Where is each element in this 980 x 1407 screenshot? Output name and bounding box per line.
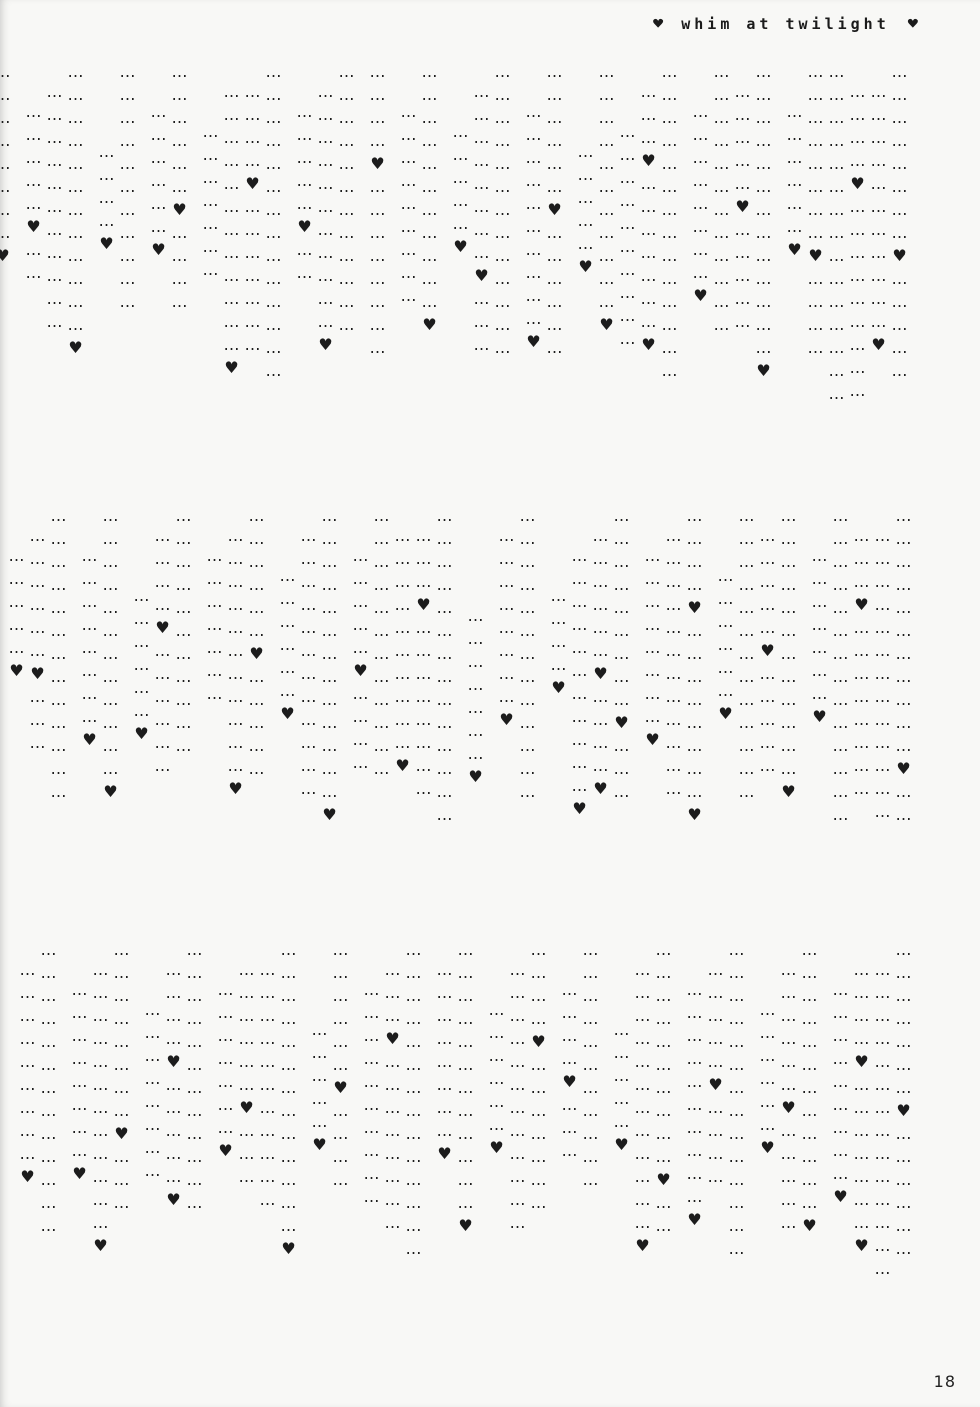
text-column: ………………………………… — [492, 62, 513, 361]
page-number: 18 — [934, 1372, 956, 1391]
text-column: ……………………………… — [298, 506, 319, 802]
text-column: …………………………………… — [726, 940, 747, 1262]
paragraph: ………………………………………♥ — [96, 62, 138, 315]
text-column: ………………♥ — [148, 62, 169, 263]
text-column: …………………………… — [117, 62, 138, 315]
text-column: …………………………………… — [830, 506, 851, 828]
text-column: …………♥…………………… — [367, 62, 388, 361]
paragraph: ……………………………♥………………………………………………♥………………………… — [809, 506, 914, 828]
text-column: ……………………………♥ — [569, 506, 590, 822]
text-column: ………………………♥……… — [611, 506, 632, 805]
heart-icon: ♥ — [908, 16, 918, 33]
text-column: …………………… — [142, 940, 163, 1184]
paragraph: ……………………………………………♥………………………………………………♥………… — [350, 506, 455, 828]
paragraph: …………………………………………♥……………♥…………………… — [142, 940, 205, 1216]
text-column: ……………………………… — [663, 506, 684, 802]
text-column: …………………♥ — [215, 940, 236, 1164]
text-column: ……………………♥……… — [471, 62, 492, 358]
text-column: …………………………♥…… — [653, 940, 674, 1239]
paragraph: ………………………………♥……………♥………………………………………………………… — [715, 506, 799, 805]
text-column: ……………………♥ — [79, 506, 100, 753]
text-column: ……………♥ — [6, 506, 27, 684]
text-column: ………………………♥ — [17, 940, 38, 1190]
text-column: …………♥ — [96, 62, 117, 257]
text-column: ……………………♥……… — [111, 940, 132, 1216]
paragraph: …………………………………………………♥……………………♥ — [6, 506, 69, 805]
text-column: …………………………………♥ — [278, 940, 299, 1262]
text-column: …………………………………… — [403, 940, 424, 1262]
text-column: ……………………♥ — [496, 506, 517, 733]
text-column: ……………………………… — [184, 940, 205, 1216]
paragraph: …………………………………♥……………♥……………………………………………………… — [690, 62, 774, 384]
text-column: …………♥……………………… — [847, 62, 868, 404]
text-column: …………………………… — [257, 940, 278, 1213]
text-column: ……………………………♥…… — [893, 506, 914, 828]
paragraph: …………♥…………………… — [367, 62, 388, 361]
text-column: ……………………♥ — [69, 940, 90, 1187]
text-column: ………………………………♥ — [632, 940, 653, 1259]
text-column: ………………♥ — [784, 62, 805, 263]
text-column: ………………♥ — [757, 940, 778, 1161]
text-column: ……………………………♥ — [419, 62, 440, 338]
text-column: ………………♥………… — [169, 62, 190, 315]
text-column: ……………♥ — [611, 940, 632, 1158]
paragraph: …………………………………………………♥……………………………………♥ — [684, 940, 747, 1262]
text-column: …………♥……… — [559, 940, 580, 1164]
page-header: ♥ whim at twilight ♥ — [653, 14, 918, 34]
text-column: ………………………… — [617, 62, 638, 352]
text-column: ……………………………… — [371, 506, 392, 782]
paragraph: …………………♥ — [465, 506, 486, 790]
paragraph: ………………………………………………………♥ — [496, 506, 538, 805]
text-column: ……………♥ — [309, 940, 330, 1158]
paragraph: ……………………………………………………………♥……………♥…… — [294, 62, 357, 358]
paragraph: …………………♥………………………………………………………………♥…………………… — [830, 940, 914, 1282]
text-column: ………………………………♥ — [221, 62, 242, 381]
text-column: ……………………♥…………… — [889, 62, 910, 384]
scanned-page: ♥ whim at twilight ♥ ……………………♥…………………………… — [0, 0, 980, 1407]
text-column: …………♥……………… — [152, 506, 173, 779]
text-column: ………♥…………………… — [851, 506, 872, 802]
text-column: ……………………… — [398, 62, 419, 309]
text-column: …………………………… — [580, 940, 601, 1193]
text-column: …………………………………… — [434, 506, 455, 828]
text-column: …………………………………… — [263, 62, 284, 384]
text-column: ………………………………… — [48, 506, 69, 805]
paragraph: …………………………………………………………♥ — [17, 940, 59, 1239]
text-column: ………………………………♥ — [100, 506, 121, 805]
text-band-top: ……………………♥…………………………………………♥…………♥………………………… — [0, 62, 910, 494]
text-column: ………………………………… — [736, 506, 757, 805]
text-column: …………♥……………♥ — [163, 940, 184, 1213]
text-column: ………………♥…………♥ — [590, 506, 611, 802]
text-column: ………………♥ — [715, 506, 736, 727]
text-column: ………………♥ — [486, 940, 507, 1161]
paragraph: …………♥……………………♥……………………………………………………♥ — [642, 506, 705, 828]
paragraph: ……………………………………………♥…………………♥……………………………………… — [575, 62, 680, 384]
paragraph: ………………………………♥……………………♥ — [434, 940, 476, 1239]
text-column: ………………♥……… — [236, 940, 257, 1190]
text-column: ………………………………♥ — [778, 506, 799, 805]
paragraph: ………………♥………………………♥ — [309, 940, 351, 1193]
paragraph: ………………♥…………………………………………♥………………… — [204, 506, 267, 802]
text-column: ……………♥………… — [350, 506, 371, 776]
paragraph: ………………♥…………………………………………♥ — [523, 62, 565, 361]
text-column: ……………♥…… — [23, 62, 44, 286]
paragraph: ……………………………………………♥……………………………………………… — [361, 940, 424, 1262]
text-band-middle: ……………………………♥………………………………………………♥………………………… — [0, 506, 914, 934]
paragraph: ………………………………………………♥…………………………………………………♥…… — [200, 62, 284, 384]
paragraph: ………………………………………………………♥……………………♥ — [450, 62, 513, 361]
text-band-bottom: …………………♥………………………………………………………………♥…………………… — [7, 940, 914, 1398]
text-column: …………………………………… — [872, 940, 893, 1282]
paragraph: ……………………♥………………………………………♥……………………♥ — [69, 940, 132, 1259]
text-column: …………………………… — [44, 62, 65, 335]
text-column: …………………………♥ — [523, 62, 544, 355]
text-column: ………………♥……………… — [544, 62, 565, 361]
paragraph: …………………………♥……………………………………♥……………♥ — [611, 940, 674, 1259]
paragraph: ………………………………♥………………♥……………………………♥ — [757, 940, 820, 1239]
text-column: ……………♥…… — [294, 62, 315, 286]
text-column: …………………♥……………… — [893, 940, 914, 1262]
text-column: ………………… — [204, 506, 225, 707]
text-column: ……………………………… — [507, 940, 528, 1236]
text-column: ……………………♥ — [642, 506, 663, 753]
text-column: ……………♥ — [575, 62, 596, 280]
text-column: …………………………………♥ — [753, 62, 774, 384]
text-column: ………………………………… — [517, 506, 538, 805]
paragraph: ………………………♥………………………♥…………♥……………………………♥………… — [548, 506, 632, 822]
text-column: ………♥…………………… — [382, 940, 403, 1236]
text-column: ……………………………… — [711, 62, 732, 338]
text-column: ………………………♥ — [830, 940, 851, 1210]
text-column: …………♥………………… — [528, 940, 549, 1216]
text-column: ………………………………♥ — [90, 940, 111, 1259]
text-column: …………………♥ — [809, 506, 830, 730]
text-column: …………♥………………… — [242, 62, 263, 358]
paragraph: ……………………♥……………♥ — [0, 62, 13, 269]
text-column: ……………………♥ — [0, 62, 13, 269]
text-column: …………………………………… — [659, 62, 680, 384]
text-column: ………………♥…………… — [246, 506, 267, 782]
text-column: ……………………………♥ — [868, 62, 889, 358]
text-column: ………♥…………………… — [413, 506, 434, 802]
paragraph: …………♥…………………………………………………………………♥ — [486, 940, 549, 1236]
paragraph: ………………………………………♥………………………………♥ — [131, 506, 194, 779]
text-column: …………………………… — [173, 506, 194, 759]
text-column: ……………………♥………… — [805, 62, 826, 361]
text-column: ……………………♥ — [434, 940, 455, 1167]
paragraph: …………………………………♥……………………………………………♥……………………… — [215, 940, 299, 1262]
text-column: …………………………♥ — [684, 940, 705, 1233]
text-column: ……………………♥ — [690, 62, 711, 309]
text-column: ………………♥……… — [27, 506, 48, 756]
text-column: ………………………………♥ — [799, 940, 820, 1239]
text-column: ………………………………… — [38, 940, 59, 1239]
text-column: ……………………………♥ — [225, 506, 246, 802]
text-column: ………………♥………… — [330, 940, 351, 1193]
text-column: ………………………………… — [872, 506, 893, 825]
text-column: …………♥……………………♥ — [684, 506, 705, 828]
text-column: ……………♥ — [450, 62, 471, 260]
text-column: …………♥…………………♥ — [851, 940, 872, 1259]
paragraph: ………………………………♥……………………♥ — [79, 506, 121, 805]
paragraph: ………………♥…………………………♥ — [148, 62, 190, 315]
text-column: ……………♥………… — [705, 940, 726, 1190]
text-column: ………♥…………………♥ — [638, 62, 659, 358]
header-title: whim at twilight — [681, 15, 890, 33]
text-column: ………………♥…………… — [778, 940, 799, 1236]
heart-icon: ♥ — [653, 16, 663, 33]
text-column: …………………♥ — [465, 506, 486, 790]
text-column: ……………♥…………… — [732, 62, 753, 335]
text-column: ………………………………♥ — [455, 940, 476, 1239]
text-column: ………………… — [200, 62, 221, 283]
text-column: …………………………♥ — [392, 506, 413, 779]
text-column: ………………………………♥ — [65, 62, 86, 361]
text-column: ………………♥ — [277, 506, 298, 727]
text-column: …………♥ — [548, 506, 569, 701]
text-column: …………………………………♥ — [319, 506, 340, 828]
text-column: ……………………………… — [336, 62, 357, 338]
text-column: ………………♥ — [131, 506, 152, 747]
text-column: ……………………………♥ — [315, 62, 336, 358]
paragraph: ………………………………………♥……… — [559, 940, 601, 1193]
paragraph: ………………………………♥…………………………………………♥…… — [23, 62, 86, 361]
text-column: ……………♥…………… — [757, 506, 778, 779]
paragraph: ……………………♥…………………………………………♥…………♥………………………… — [784, 62, 910, 407]
text-column: ……………………………♥ — [596, 62, 617, 338]
paragraph: ……………………………♥……………………… — [398, 62, 440, 338]
text-column: ………………………… — [361, 940, 382, 1210]
text-column: ……………………………………… — [826, 62, 847, 407]
paragraph: …………………………………♥………………………………………………♥ — [277, 506, 340, 828]
